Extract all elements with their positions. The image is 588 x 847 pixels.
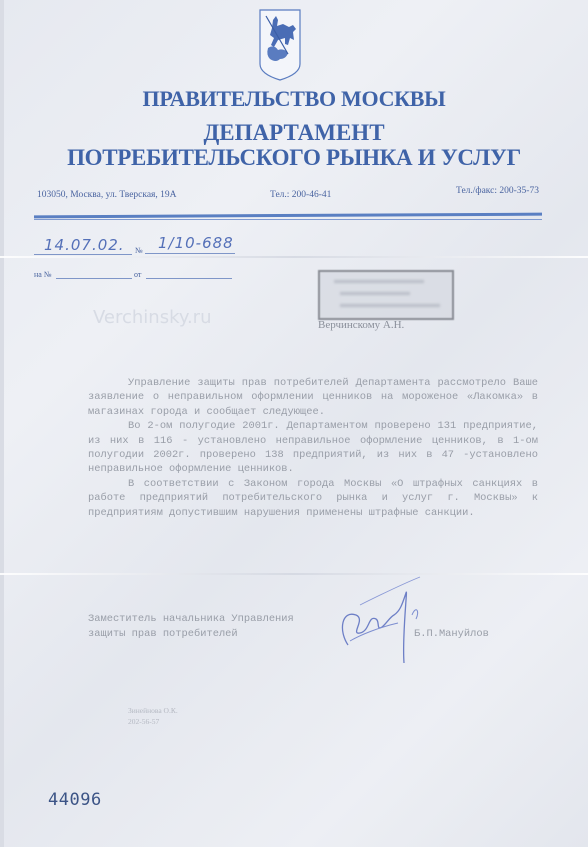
from-label: от [134, 270, 141, 279]
body-paragraph: В соответствии с Законом города Москвы «… [88, 477, 538, 520]
from-underline [146, 278, 232, 279]
in-reply-underline [56, 278, 132, 279]
paper-fold [0, 573, 588, 575]
header-divider [34, 213, 542, 219]
letter-body: Управление защиты прав потребителей Депа… [88, 376, 538, 520]
addressee-name: Верчинскому А.Н. [318, 319, 404, 331]
outgoing-number: 1/10-688 [158, 234, 234, 252]
date-underline [34, 254, 132, 255]
department-title-line1: ДЕПАРТАМЕНТ [0, 120, 588, 146]
number-underline [145, 253, 235, 254]
executor-name: Зинейнова О.К. [128, 705, 178, 716]
executor-phone: 202-56-57 [128, 716, 178, 727]
number-label: № [135, 246, 143, 255]
outgoing-date: 14.07.02. [44, 236, 125, 254]
signatory-position: Заместитель начальника Управления защиты… [88, 612, 294, 642]
fax: Тел./факс: 200-35-73 [456, 186, 539, 196]
phone: Тел.: 200-46-41 [270, 190, 331, 200]
registration-stamp-number: 44096 [48, 790, 102, 810]
handwritten-signature-icon [320, 575, 430, 670]
paper-fold [0, 256, 588, 258]
address: 103050, Москва, ул. Тверская, 19А [37, 190, 177, 200]
letter-page: ПРАВИТЕЛЬСТВО МОСКВЫ ДЕПАРТАМЕНТ ПОТРЕБИ… [0, 0, 588, 847]
watermark: Verchinsky.ru [93, 307, 212, 328]
in-reply-label: на № [34, 270, 51, 279]
signatory-name: Б.П.Мануйлов [414, 628, 489, 640]
government-title: ПРАВИТЕЛЬСТВО МОСКВЫ [0, 86, 588, 112]
header-divider-thin [34, 219, 542, 220]
position-line2: защиты прав потребителей [88, 627, 294, 642]
body-paragraph: Управление защиты прав потребителей Депа… [88, 376, 538, 419]
redacted-address-block [318, 270, 454, 320]
executor-info: Зинейнова О.К. 202-56-57 [128, 705, 178, 727]
moscow-coat-of-arms-icon [258, 8, 302, 82]
department-title-line2: ПОТРЕБИТЕЛЬСКОГО РЫНКА И УСЛУГ [0, 145, 588, 171]
body-paragraph: Во 2-ом полугодие 2001г. Департаментом п… [88, 419, 538, 477]
position-line1: Заместитель начальника Управления [88, 612, 294, 627]
